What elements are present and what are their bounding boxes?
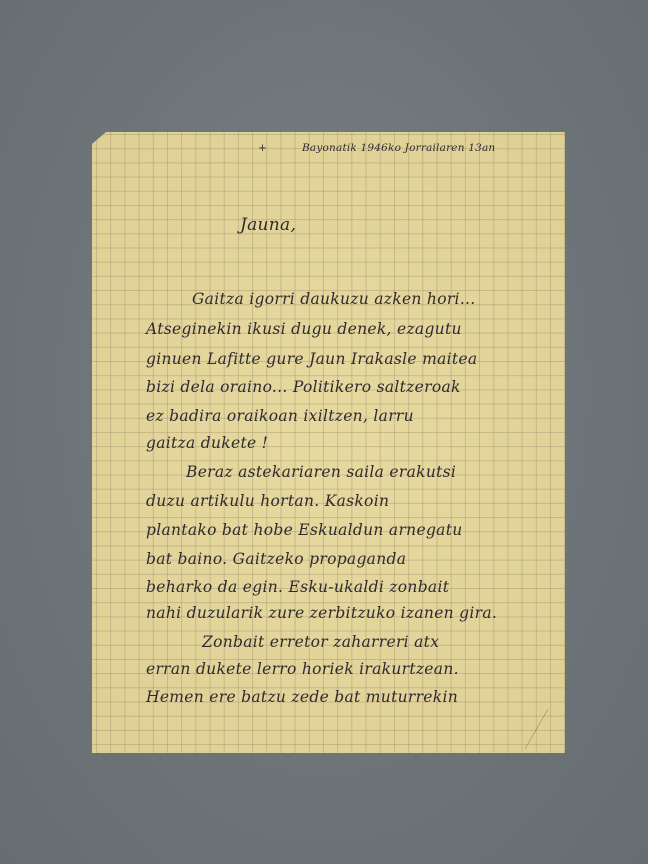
body-line-4: bizi dela oraino... Politikero saltzeroa… [146,378,461,396]
salutation: Jauna, [240,215,296,235]
body-line-12: nahi duzularik zure zerbitzuko izanen gi… [146,604,497,622]
body-line-7: Beraz astekariaren saila erakutsi [186,463,456,481]
body-line-6: gaitza dukete ! [146,434,268,452]
body-line-5: ez badira oraikoan ixiltzen, larru [146,407,414,425]
body-line-15: Hemen ere batzu zede bat muturrekin [146,688,458,706]
header-cross: + [258,142,267,154]
body-line-13: Zonbait erretor zaharreri atx [202,633,439,651]
body-line-14: erran dukete lerro horiek irakurtzean. [146,660,459,678]
body-line-1: Gaitza igorri daukuzu azken hori... [192,290,476,308]
body-line-8: duzu artikulu hortan. Kaskoin [146,492,389,510]
body-line-10: bat baino. Gaitzeko propaganda [146,550,406,568]
body-line-11: beharko da egin. Esku-ukaldi zonbait [146,578,449,596]
header-place-date: Bayonatik 1946ko Jorrailaren 13an [302,142,495,154]
body-line-9: plantako bat hobe Eskualdun arnegatu [146,521,463,539]
body-line-3: ginuen Lafitte gure Jaun Irakasle maitea [146,350,477,368]
body-line-2: Atseginekin ikusi dugu denek, ezagutu [146,320,462,338]
